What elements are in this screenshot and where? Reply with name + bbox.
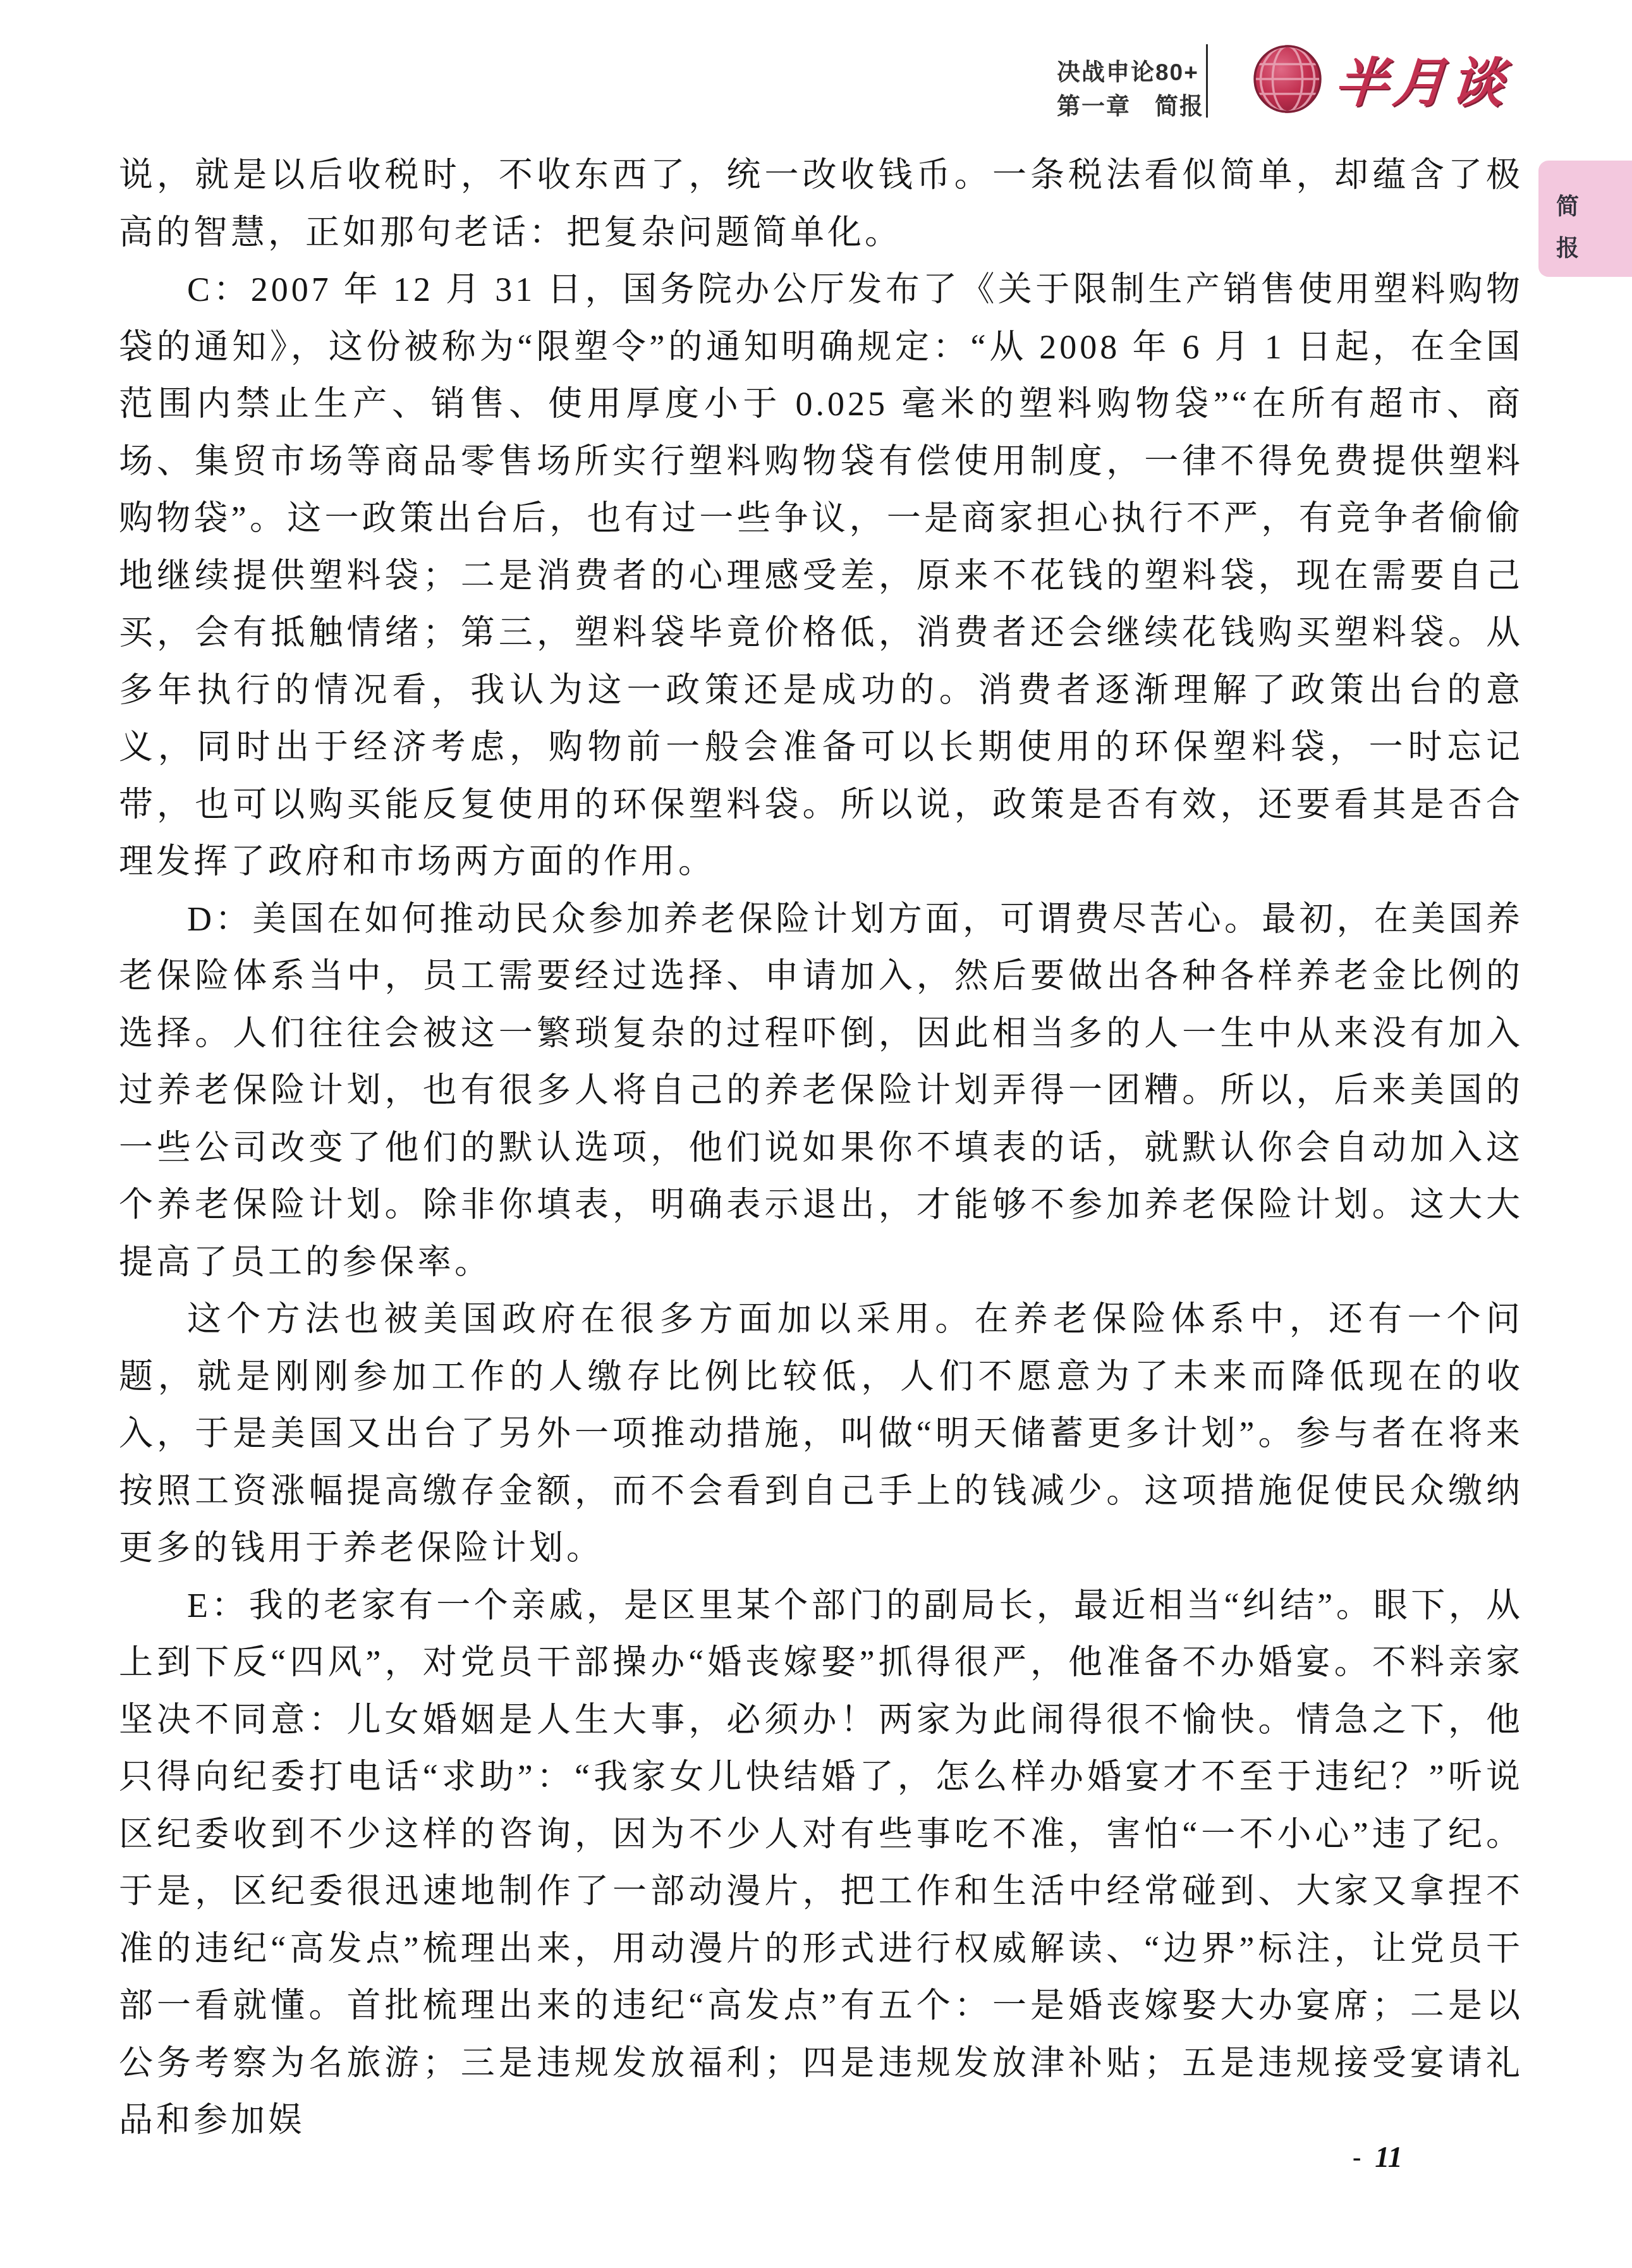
paragraph: E：我的老家有一个亲戚，是区里某个部门的副局长，最近相当“纠结”。眼下，从上到下… — [119, 1577, 1523, 2149]
paragraph: 这个方法也被美国政府在很多方面加以采用。在养老保险体系中，还有一个问题，就是刚刚… — [119, 1291, 1523, 1577]
running-head: 决战申论80+ 第一章 简报 — [1057, 56, 1204, 124]
side-tab-label: 简 报 — [1538, 161, 1632, 269]
scanned-book-page: 决战申论80+ 第一章 简报 半 — [0, 0, 1632, 2268]
chapter-label: 第一章 — [1057, 90, 1131, 124]
brand-name: 半月谈 — [1332, 40, 1512, 117]
paragraph: D：美国在如何推动民众参加养老保险计划方面，可谓费尽苦心。最初，在美国养老保险体… — [119, 891, 1523, 1291]
page-number-dash: - — [1353, 2142, 1361, 2172]
page-number-value: 11 — [1375, 2140, 1402, 2174]
body-text: 说，就是以后收税时，不收东西了，统一改收钱币。一条税法看似简单，却蕴含了极高的智… — [119, 147, 1523, 2149]
globe-icon — [1250, 42, 1325, 116]
page-number: - 11 — [1353, 2140, 1403, 2174]
chapter-line: 第一章 简报 — [1057, 90, 1204, 124]
side-tab-char-1: 简 — [1556, 186, 1632, 228]
side-tab-char-2: 报 — [1556, 228, 1632, 269]
chapter-name: 简报 — [1155, 90, 1204, 124]
paragraph: 说，就是以后收税时，不收东西了，统一改收钱币。一条税法看似简单，却蕴含了极高的智… — [119, 147, 1523, 261]
header-divider — [1206, 44, 1208, 118]
brand-logo: 半月谈 — [1250, 40, 1509, 117]
chapter-side-tab: 简 报 — [1538, 161, 1632, 277]
paragraph: C：2007 年 12 月 31 日，国务院办公厅发布了《关于限制生产销售使用塑… — [119, 261, 1523, 891]
book-title: 决战申论80+ — [1057, 56, 1204, 90]
